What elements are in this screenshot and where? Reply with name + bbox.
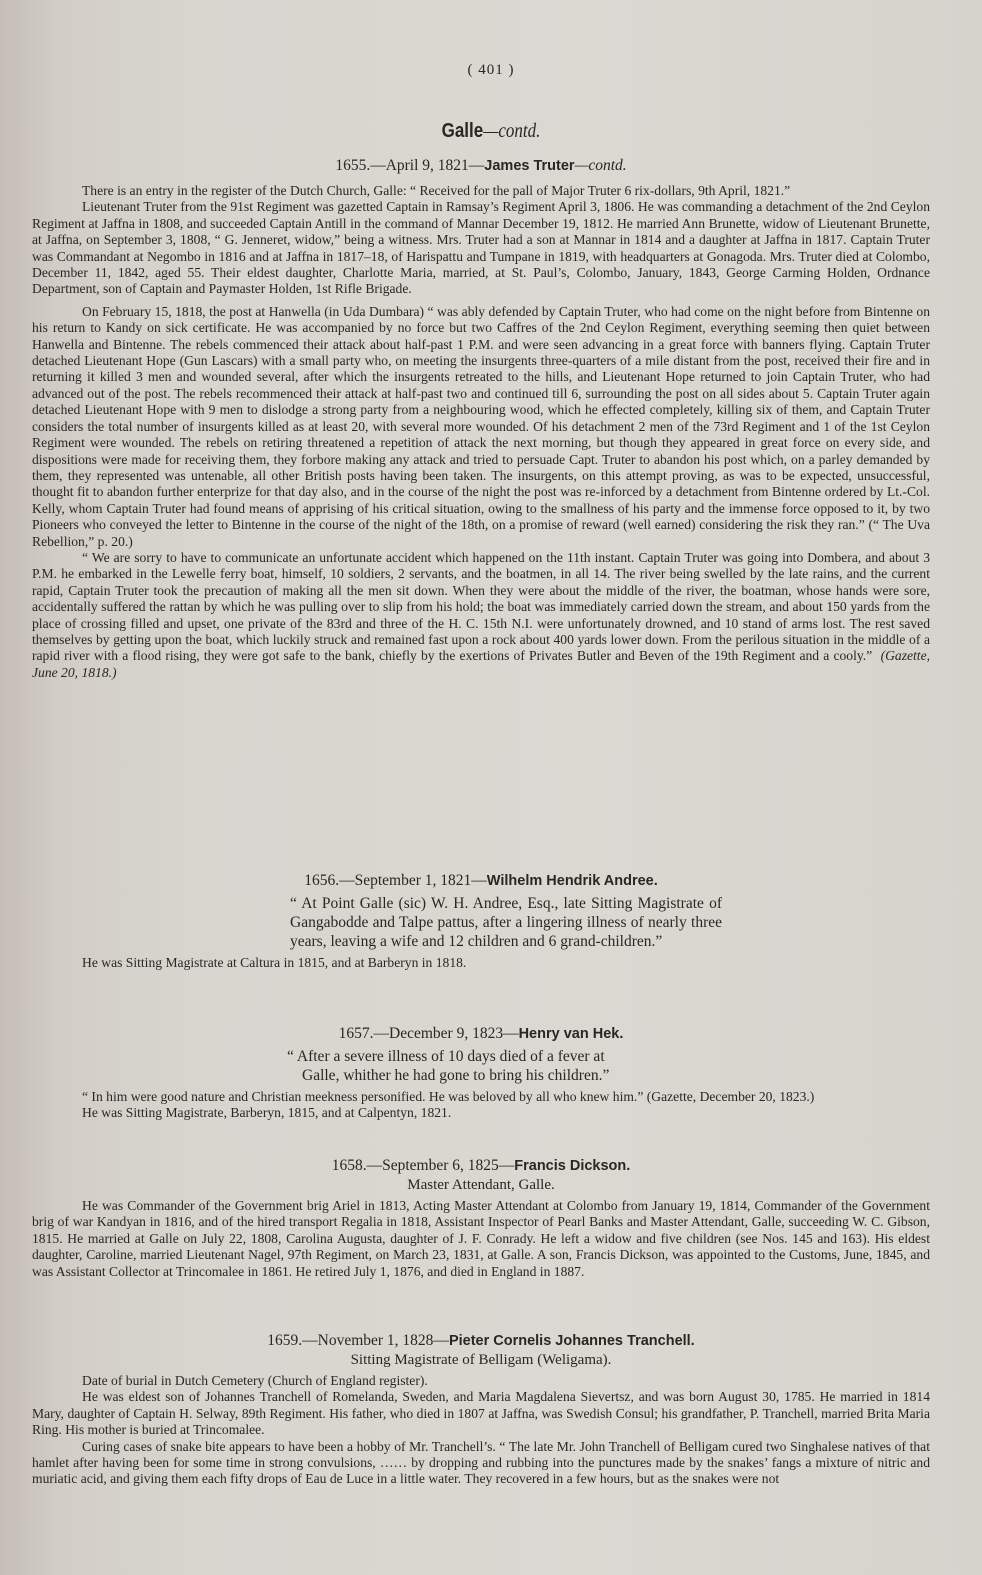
quote: “ At Point Galle (sic) W. H. Andree, Esq… (290, 894, 722, 951)
entry-number: 1655.—April 9, 1821— (335, 157, 484, 174)
entry-1658: 1658.—September 6, 1825—Francis Dickson.… (32, 1157, 930, 1280)
entry-name: Pieter Cornelis Johannes Tranchell. (449, 1333, 695, 1349)
paragraph: He was Sitting Magistrate at Caltura in … (32, 955, 930, 971)
entry-number: 1656.—September 1, 1821— (304, 872, 487, 889)
quote-line: “ After a severe illness of 10 days died… (287, 1047, 930, 1066)
paragraph: “ We are sorry to have to communicate an… (32, 550, 930, 681)
section-title-text: Galle (442, 120, 484, 142)
section-title-suffix: —contd. (483, 120, 540, 142)
entry-heading: 1655.—April 9, 1821—James Truter—contd. (32, 157, 930, 175)
paragraph: Lieutenant Truter from the 91st Regiment… (32, 199, 930, 297)
paragraph: He was Sitting Magistrate, Barberyn, 181… (32, 1105, 930, 1121)
entry-1655: 1655.—April 9, 1821—James Truter—contd. … (32, 157, 930, 681)
paragraph: Curing cases of snake bite appears to ha… (32, 1439, 930, 1488)
section-title: Galle—contd. (74, 120, 909, 143)
entry-name-suffix: —contd. (575, 157, 627, 174)
entry-name: Henry van Hek. (519, 1026, 624, 1042)
entry-number: 1657.—December 9, 1823— (339, 1025, 519, 1042)
paragraph: Date of burial in Dutch Cemetery (Church… (32, 1373, 930, 1389)
entry-number: 1658.—September 6, 1825— (332, 1157, 515, 1174)
entry-name: Wilhelm Hendrik Andree. (487, 873, 658, 889)
paragraph: On February 15, 1818, the post at Hanwel… (32, 304, 930, 550)
entry-heading: 1659.—November 1, 1828—Pieter Cornelis J… (32, 1332, 930, 1350)
entry-1656: 1656.—September 1, 1821—Wilhelm Hendrik … (32, 872, 930, 971)
paragraph: He was Commander of the Government brig … (32, 1198, 930, 1280)
entry-heading: 1657.—December 9, 1823—Henry van Hek. (32, 1025, 930, 1043)
entry-number: 1659.—November 1, 1828— (267, 1332, 449, 1349)
entry-1657: 1657.—December 9, 1823—Henry van Hek. “ … (32, 1025, 930, 1122)
quote-line: Galle, whither he had gone to bring his … (302, 1066, 930, 1085)
paragraph: “ In him were good nature and Christian … (32, 1089, 930, 1105)
page-number: ( 401 ) (0, 62, 982, 79)
entry-heading: 1656.—September 1, 1821—Wilhelm Hendrik … (32, 872, 930, 890)
paragraph-text: “ We are sorry to have to communicate an… (32, 550, 930, 663)
paragraph: There is an entry in the register of the… (32, 183, 930, 199)
entry-name: Francis Dickson. (514, 1158, 630, 1174)
entry-heading: 1658.—September 6, 1825—Francis Dickson. (32, 1157, 930, 1175)
entry-subtitle: Sitting Magistrate of Belligam (Weligama… (32, 1352, 930, 1369)
entry-name: James Truter (484, 158, 574, 174)
document-page: ( 401 ) Galle—contd. 1655.—April 9, 1821… (0, 0, 982, 1575)
entry-subtitle: Master Attendant, Galle. (32, 1177, 930, 1194)
entry-1659: 1659.—November 1, 1828—Pieter Cornelis J… (32, 1332, 930, 1488)
paragraph: He was eldest son of Johannes Tranchell … (32, 1389, 930, 1438)
